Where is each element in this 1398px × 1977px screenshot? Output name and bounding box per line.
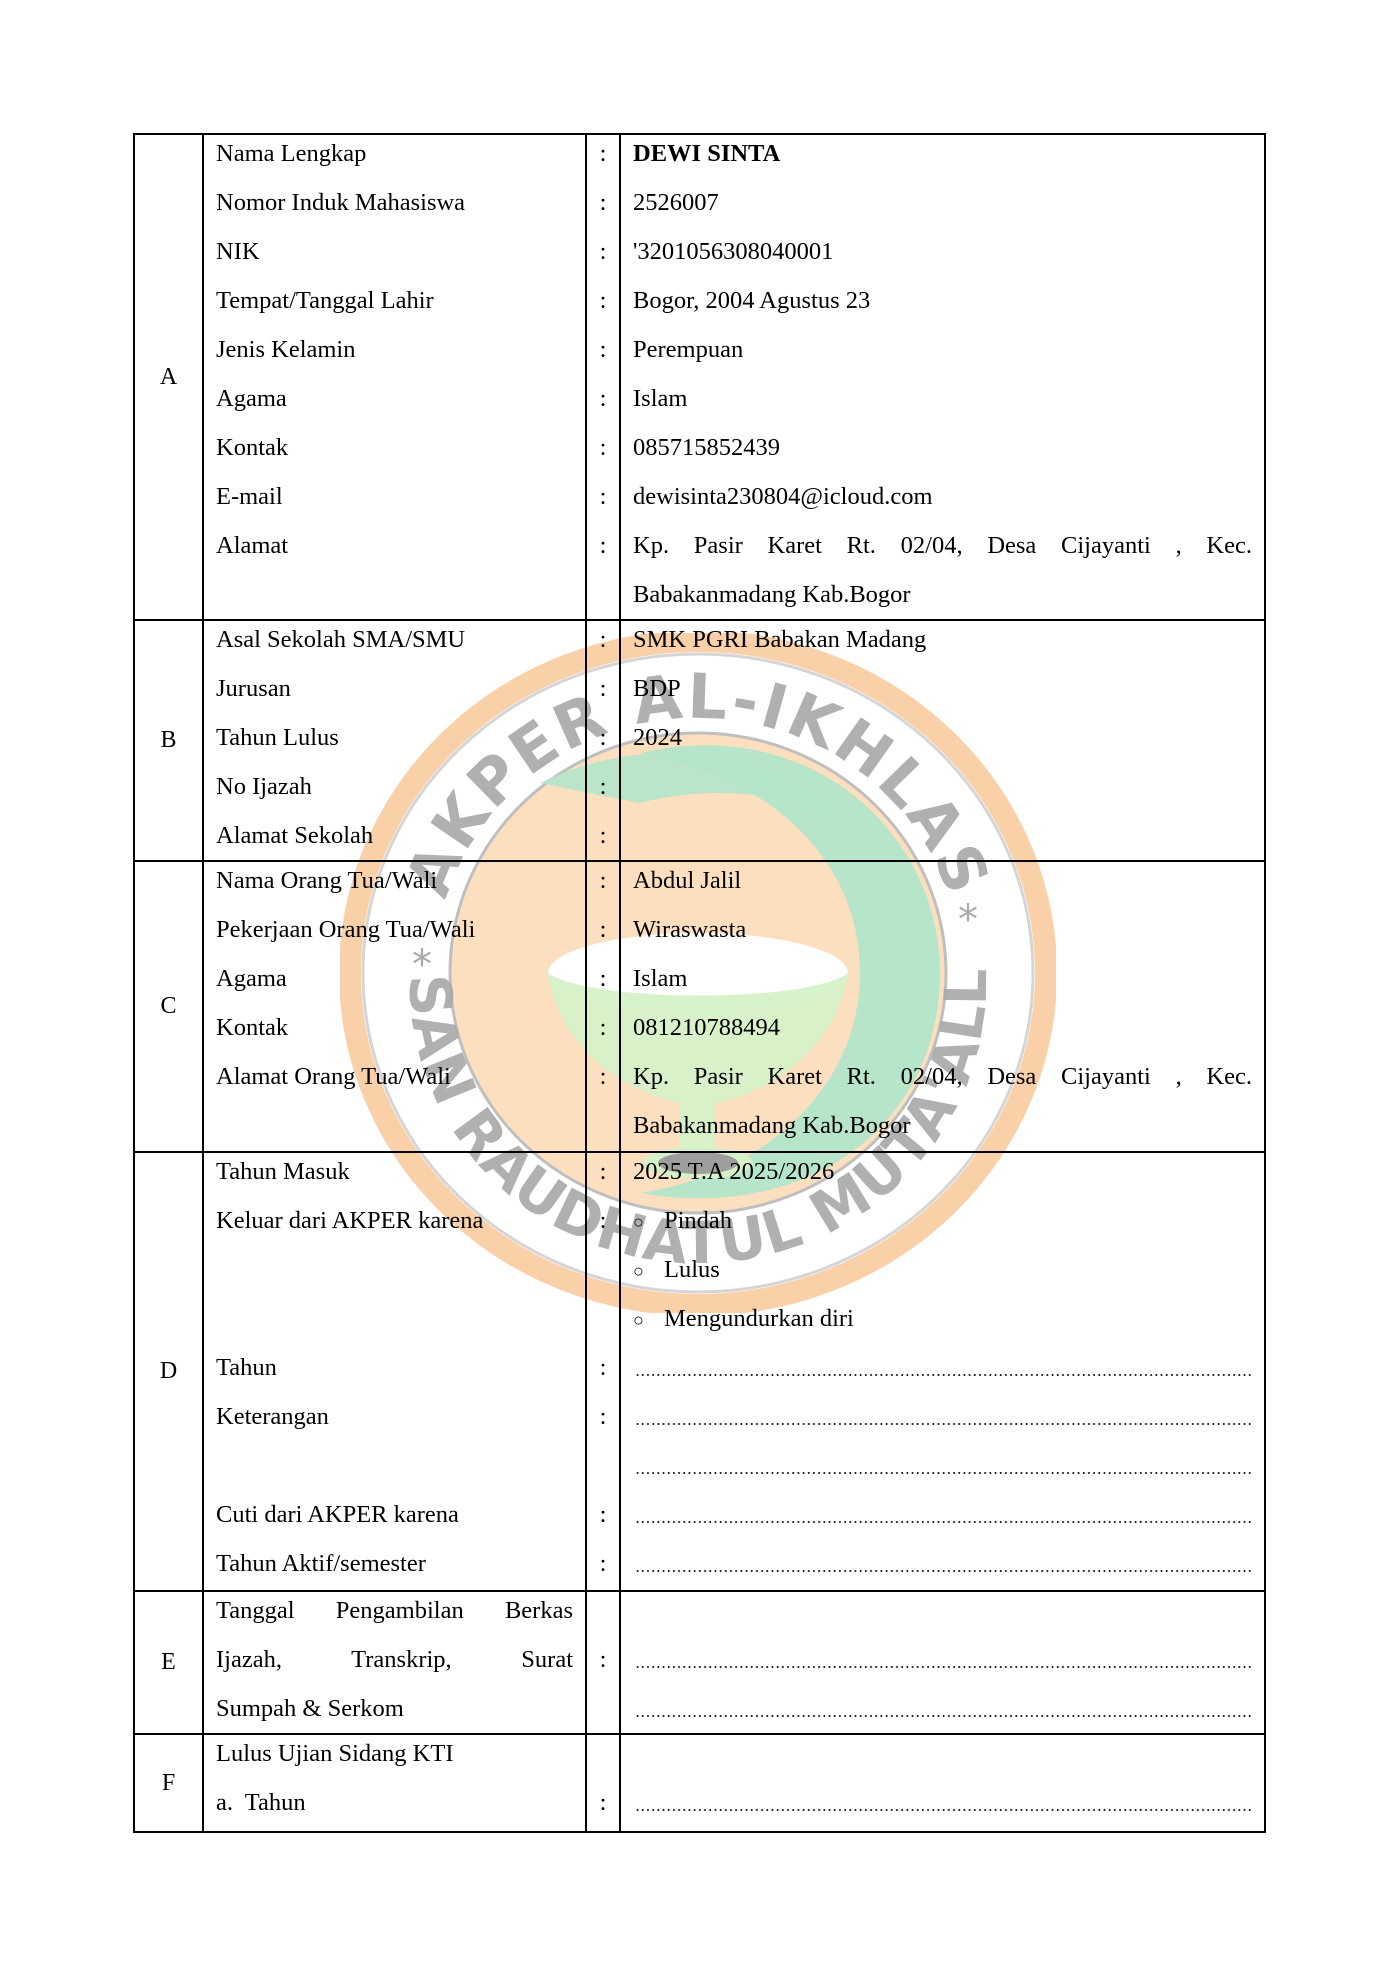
colon: : — [587, 1635, 619, 1684]
option-lulus[interactable]: ○Lulus — [621, 1245, 1264, 1294]
colon: : — [587, 276, 619, 325]
label-pekerjaan-ortu: Pekerjaan Orang Tua/Wali — [204, 905, 585, 954]
value-kontak-ortu: 081210788494 — [621, 1003, 1264, 1052]
value-alamat-line1: Kp. Pasir Karet Rt. 02/04, Desa Cijayant… — [621, 521, 1264, 570]
label-alamat-ortu: Alamat Orang Tua/Wali — [204, 1052, 585, 1101]
colon: : — [587, 1539, 619, 1588]
value-nim: 2526007 — [621, 178, 1264, 227]
section-f-values — [620, 1734, 1265, 1832]
value-no-ijazah — [621, 762, 1264, 811]
colon: : — [587, 1196, 619, 1245]
colon: : — [587, 227, 619, 276]
section-letter-f: F — [134, 1734, 203, 1832]
label-nim: Nomor Induk Mahasiswa — [204, 178, 585, 227]
colon: : — [587, 811, 619, 860]
colon: : — [587, 1343, 619, 1392]
section-e-labels: Tanggal Pengambilan Berkas Ijazah, Trans… — [203, 1591, 586, 1734]
value-pekerjaan-ortu: Wiraswasta — [621, 905, 1264, 954]
colon: : — [587, 521, 619, 570]
value-tahun-masuk: 2025 T.A 2025/2026 — [621, 1147, 1264, 1196]
section-b-labels: Asal Sekolah SMA/SMU Jurusan Tahun Lulus… — [203, 620, 586, 861]
label-tahun-lulus: Tahun Lulus — [204, 713, 585, 762]
section-f-colons: : — [586, 1734, 620, 1832]
label-keterangan: Keterangan — [204, 1392, 585, 1441]
value-jenis-kelamin: Perempuan — [621, 325, 1264, 374]
fill-line-keterangan-1[interactable] — [621, 1392, 1264, 1441]
section-letter-d: D — [134, 1152, 203, 1591]
colon: : — [587, 762, 619, 811]
label-agama-ortu: Agama — [204, 954, 585, 1003]
section-letter-b: B — [134, 620, 203, 861]
label-nama-ortu: Nama Orang Tua/Wali — [204, 856, 585, 905]
colon: : — [587, 713, 619, 762]
student-record-sheet: A Nama Lengkap Nomor Induk Mahasiswa NIK… — [133, 133, 1264, 1833]
label-jurusan: Jurusan — [204, 664, 585, 713]
value-jurusan: BDP — [621, 664, 1264, 713]
option-label: Lulus — [664, 1256, 720, 1283]
fill-line-cuti[interactable] — [621, 1490, 1264, 1539]
colon: : — [587, 664, 619, 713]
section-letter-c: C — [134, 861, 203, 1152]
section-c-values: Abdul Jalil Wiraswasta Islam 08121078849… — [620, 861, 1265, 1152]
section-d-values: 2025 T.A 2025/2026 ○Pindah ○Lulus ○Mengu… — [620, 1152, 1265, 1591]
label-tahun-kti: a. Tahun — [204, 1778, 585, 1827]
label-kontak-ortu: Kontak — [204, 1003, 585, 1052]
label-tahun-aktif: Tahun Aktif/semester — [204, 1539, 585, 1588]
fill-line-tahun[interactable] — [621, 1343, 1264, 1392]
radio-circle-icon: ○ — [633, 1247, 664, 1296]
colon: : — [587, 325, 619, 374]
section-d-labels: Tahun Masuk Keluar dari AKPER karena Tah… — [203, 1152, 586, 1591]
value-email: dewisinta230804@icloud.com — [621, 472, 1264, 521]
label-email: E-mail — [204, 472, 585, 521]
section-f-labels: Lulus Ujian Sidang KTI a. Tahun — [203, 1734, 586, 1832]
label-pengambilan-line1: Tanggal Pengambilan Berkas — [204, 1586, 573, 1635]
value-nama-lengkap: DEWI SINTA — [621, 129, 1264, 178]
value-nama-ortu: Abdul Jalil — [621, 856, 1264, 905]
option-mengundurkan-diri[interactable]: ○Mengundurkan diri — [621, 1294, 1264, 1343]
section-a-row: A Nama Lengkap Nomor Induk Mahasiswa NIK… — [134, 134, 1265, 620]
section-e-values — [620, 1591, 1265, 1734]
fill-line-pengambilan-2[interactable] — [621, 1684, 1264, 1733]
student-record-table: A Nama Lengkap Nomor Induk Mahasiswa NIK… — [133, 133, 1266, 1833]
colon: : — [587, 1003, 619, 1052]
value-alamat-ortu-line2: Babakanmadang Kab.Bogor — [621, 1101, 1264, 1150]
section-a-colons: : : : : : : : : : — [586, 134, 620, 620]
section-c-labels: Nama Orang Tua/Wali Pekerjaan Orang Tua/… — [203, 861, 586, 1152]
fill-line-tahun-kti[interactable] — [621, 1778, 1264, 1827]
radio-circle-icon: ○ — [633, 1198, 664, 1247]
colon: : — [587, 1490, 619, 1539]
label-tahun-masuk: Tahun Masuk — [204, 1147, 585, 1196]
fill-line-keterangan-2[interactable] — [621, 1441, 1264, 1490]
colon: : — [587, 1147, 619, 1196]
colon: : — [587, 615, 619, 664]
label-ttl: Tempat/Tanggal Lahir — [204, 276, 585, 325]
value-agama: Islam — [621, 374, 1264, 423]
section-e-colons: : — [586, 1591, 620, 1734]
value-agama-ortu: Islam — [621, 954, 1264, 1003]
section-letter-a: A — [134, 134, 203, 620]
option-label: Pindah — [664, 1207, 732, 1234]
label-keluar: Keluar dari AKPER karena — [204, 1196, 585, 1245]
colon: : — [587, 1778, 619, 1827]
colon: : — [587, 472, 619, 521]
fill-line-pengambilan-1[interactable] — [621, 1635, 1264, 1684]
label-cuti: Cuti dari AKPER karena — [204, 1490, 585, 1539]
section-b-values: SMK PGRI Babakan Madang BDP 2024 — [620, 620, 1265, 861]
colon: : — [587, 423, 619, 472]
label-nama-lengkap: Nama Lengkap — [204, 129, 585, 178]
label-pengambilan-line3: Sumpah & Serkom — [204, 1684, 573, 1733]
label-nik: NIK — [204, 227, 585, 276]
option-label: Mengundurkan diri — [664, 1305, 854, 1332]
section-b-row: B Asal Sekolah SMA/SMU Jurusan Tahun Lul… — [134, 620, 1265, 861]
value-alamat-ortu-line1: Kp. Pasir Karet Rt. 02/04, Desa Cijayant… — [621, 1052, 1264, 1101]
label-pengambilan-line2: Ijazah, Transkrip, Surat — [204, 1635, 573, 1684]
colon: : — [587, 856, 619, 905]
section-c-row: C Nama Orang Tua/Wali Pekerjaan Orang Tu… — [134, 861, 1265, 1152]
section-a-values: DEWI SINTA 2526007 '3201056308040001 Bog… — [620, 134, 1265, 620]
value-alamat-sekolah — [621, 811, 1264, 860]
section-letter-e: E — [134, 1591, 203, 1734]
value-ttl: Bogor, 2004 Agustus 23 — [621, 276, 1264, 325]
label-jenis-kelamin: Jenis Kelamin — [204, 325, 585, 374]
value-nik: '3201056308040001 — [621, 227, 1264, 276]
colon: : — [587, 954, 619, 1003]
label-agama: Agama — [204, 374, 585, 423]
label-no-ijazah: No Ijazah — [204, 762, 585, 811]
value-tahun-lulus: 2024 — [621, 713, 1264, 762]
colon: : — [587, 1052, 619, 1101]
label-asal-sekolah: Asal Sekolah SMA/SMU — [204, 615, 585, 664]
fill-line-tahun-aktif[interactable] — [621, 1539, 1264, 1588]
section-a-labels: Nama Lengkap Nomor Induk Mahasiswa NIK T… — [203, 134, 586, 620]
radio-circle-icon: ○ — [633, 1296, 664, 1345]
option-pindah[interactable]: ○Pindah — [621, 1196, 1264, 1245]
colon: : — [587, 129, 619, 178]
section-d-colons: : : : : : : — [586, 1152, 620, 1591]
label-lulus-kti: Lulus Ujian Sidang KTI — [204, 1729, 585, 1778]
colon: : — [587, 905, 619, 954]
section-c-colons: : : : : : — [586, 861, 620, 1152]
label-alamat-sekolah: Alamat Sekolah — [204, 811, 585, 860]
section-f-row: F Lulus Ujian Sidang KTI a. Tahun : — [134, 1734, 1265, 1832]
label-tahun: Tahun — [204, 1343, 585, 1392]
section-e-row: E Tanggal Pengambilan Berkas Ijazah, Tra… — [134, 1591, 1265, 1734]
section-b-colons: : : : : : — [586, 620, 620, 861]
value-asal-sekolah: SMK PGRI Babakan Madang — [621, 615, 1264, 664]
colon: : — [587, 178, 619, 227]
value-alamat-line2: Babakanmadang Kab.Bogor — [621, 570, 1264, 619]
colon: : — [587, 1392, 619, 1441]
label-alamat: Alamat — [204, 521, 585, 570]
colon: : — [587, 374, 619, 423]
value-kontak: 085715852439 — [621, 423, 1264, 472]
label-kontak: Kontak — [204, 423, 585, 472]
section-d-row: D Tahun Masuk Keluar dari AKPER karena T… — [134, 1152, 1265, 1591]
